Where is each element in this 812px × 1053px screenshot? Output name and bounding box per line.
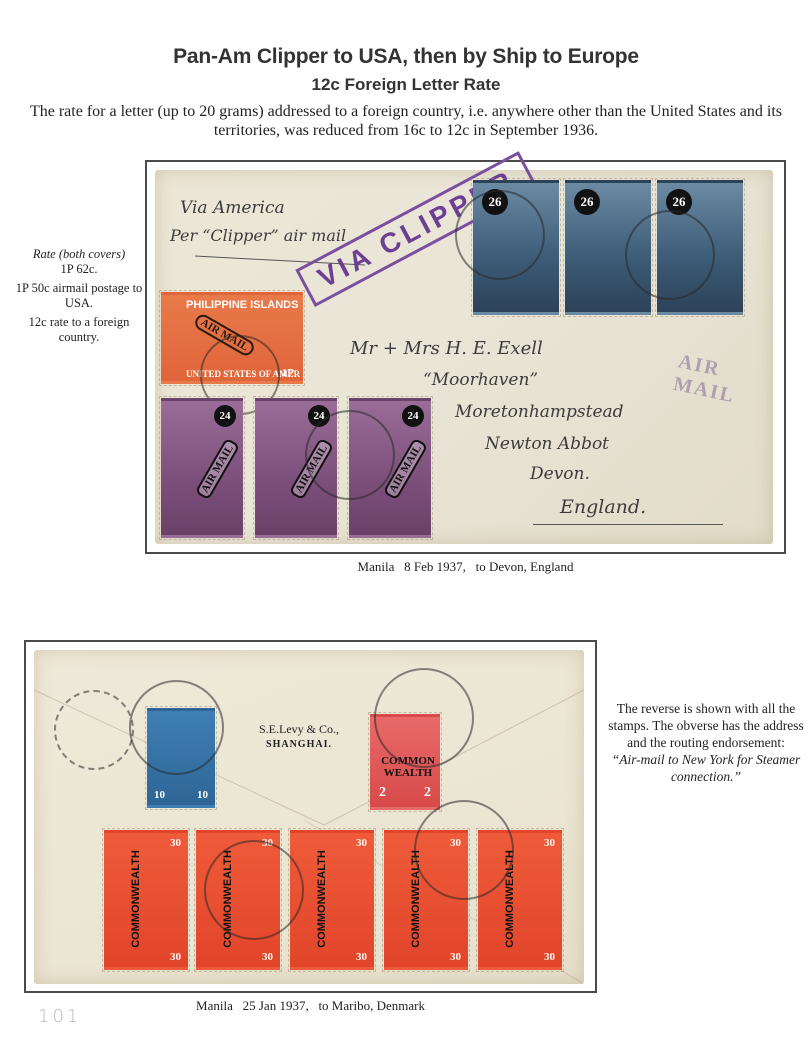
address-line-6: England. (560, 496, 646, 518)
intro-paragraph: The rate for a letter (up to 20 grams) a… (20, 102, 792, 140)
reverse-note: The reverse is shown with all the stamps… (600, 700, 812, 785)
reverse-note-quote: “Air-mail to New York for Steamer connec… (600, 751, 812, 785)
address-underline (533, 524, 723, 525)
page-subtitle: 12c Foreign Letter Rate (0, 75, 812, 95)
rate-note-foreign: 12c rate to a foreign country. (14, 315, 144, 345)
postmark-circle (54, 690, 134, 770)
address-line-3: Moretonhampstead (455, 402, 624, 422)
cover-frame-bottom: 10 10 S.E.Levy & Co., SHANGHAI. COMMON W… (24, 640, 597, 993)
address-line-2: “Moorhaven” (423, 370, 538, 390)
cover-envelope-front: Via America Per “Clipper” air mail VIA C… (155, 170, 773, 544)
rate-note: Rate (both covers) 1P 62c. 1P 50c airmai… (14, 247, 144, 349)
postmark-circle (129, 680, 224, 775)
rate-note-total: 1P 62c. (14, 262, 144, 277)
cover-caption-bottom: Manila 25 Jan 1937, to Maribo, Denmark (24, 998, 597, 1014)
postmark-circle (414, 800, 514, 900)
reverse-note-text: The reverse is shown with all the stamps… (600, 700, 812, 751)
cover-frame-top: Via America Per “Clipper” air mail VIA C… (145, 160, 786, 554)
rate-note-heading: Rate (both covers) (14, 247, 144, 262)
postmark-circle (625, 210, 715, 300)
postmark-circle (305, 410, 395, 500)
postmark-circle (374, 668, 474, 768)
stamp-30c-1: COMMONWEALTH 30 30 (104, 830, 188, 970)
cover-caption-top: Manila 8 Feb 1937, to Devon, England (145, 559, 786, 575)
sender-imprint: S.E.Levy & Co., SHANGHAI. (239, 722, 359, 752)
sender-city: SHANGHAI. (239, 737, 359, 752)
sender-name: S.E.Levy & Co., (239, 722, 359, 737)
routing-line-2: Per “Clipper” air mail (170, 226, 346, 245)
stamp-24c-1: AIR MAIL 24 (161, 398, 243, 538)
address-line-5: Devon. (530, 464, 590, 484)
rate-note-airmail: 1P 50c airmail postage to USA. (14, 281, 144, 311)
address-line-1: Mr + Mrs H. E. Exell (350, 338, 543, 359)
page-title: Pan-Am Clipper to USA, then by Ship to E… (0, 45, 812, 69)
cover-envelope-reverse: 10 10 S.E.Levy & Co., SHANGHAI. COMMON W… (34, 650, 584, 984)
postmark-circle (455, 190, 545, 280)
routing-line-1: Via America (180, 198, 285, 218)
page-number: 101 (38, 1006, 81, 1027)
address-line-4: Newton Abbot (485, 434, 609, 454)
postmark-circle (204, 840, 304, 940)
air-mail-mark: AIR MAIL (671, 350, 776, 415)
